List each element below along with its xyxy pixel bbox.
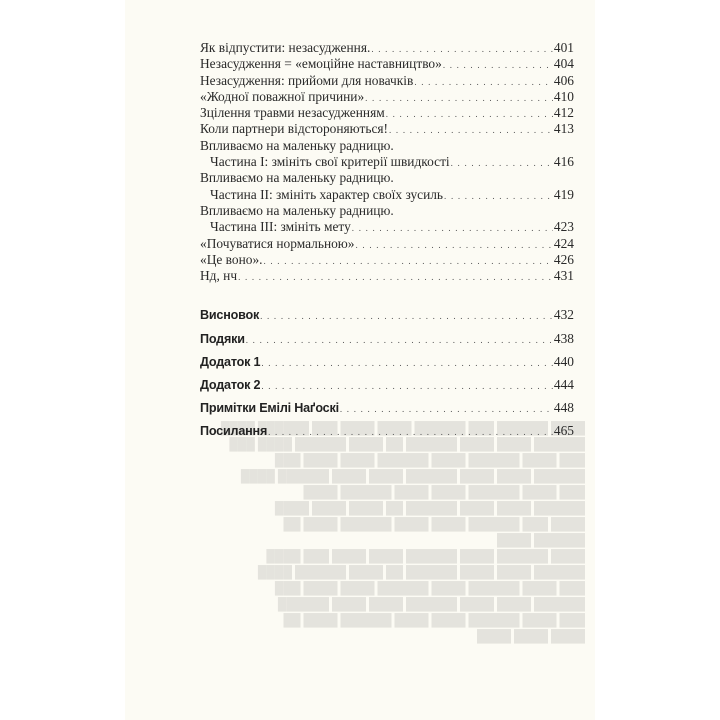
toc-page-number: 444 [554,373,574,396]
toc-entry: Впливаємо на маленьку радницю. [200,170,574,186]
toc-page-number: 424 [554,236,574,252]
dot-leader [389,122,553,138]
toc-entry: «Почуватися нормальною»424 [200,236,574,252]
toc-page-number: 426 [554,252,574,268]
toc-entry-title: Додаток 1 [200,351,260,374]
dot-leader [371,41,553,57]
toc-entry-title: Подяки [200,328,245,351]
toc-page-number: 416 [554,154,574,170]
toc-page-number: 432 [554,303,574,326]
dot-leader [352,220,553,236]
toc-entry: Частина ІІІ: змініть мету423 [200,219,574,235]
toc-major-entry: Додаток 2444 [200,373,574,396]
toc-entry-title: Частина І: змініть свої критерії швидкос… [200,154,450,170]
dot-leader [444,188,553,204]
toc-entry-title: Частина ІІІ: змініть мету [200,219,351,235]
table-of-contents: Як відпустити: незасудження.401Незасудже… [200,40,574,443]
toc-page-number: 412 [554,105,574,121]
toc-entry-title: Як відпустити: незасудження. [200,40,370,56]
toc-page-number: 413 [554,121,574,137]
toc-entry-title: Висновок [200,304,259,327]
toc-entry: Зцілення травми незасудженням412 [200,105,574,121]
toc-subsection-list: Як відпустити: незасудження.401Незасудже… [200,40,574,284]
toc-entry-title: Додаток 2 [200,374,260,397]
toc-entry-title: Частина ІІ: змініть характер своїх зусил… [200,187,443,203]
dot-leader [386,106,553,122]
dot-leader [356,237,553,253]
dot-leader [261,375,553,398]
toc-entry-title: «Це воно». [200,252,263,268]
toc-entry-title: Посилання [200,420,267,443]
toc-page-number: 404 [554,56,574,72]
toc-entry: Як відпустити: незасудження.401 [200,40,574,56]
dot-leader [340,398,553,421]
dot-leader [414,74,553,90]
toc-page-number: 448 [554,396,574,419]
toc-major-entry: Посилання465 [200,419,574,442]
toc-entry-title: Впливаємо на маленьку радницю. [200,203,394,218]
toc-entry-title: Зцілення травми незасудженням [200,105,385,121]
toc-major-entry: Подяки438 [200,327,574,350]
dot-leader [246,329,553,352]
toc-page-number: 423 [554,219,574,235]
toc-entry-title: Впливаємо на маленьку радницю. [200,138,394,153]
dot-leader [261,352,553,375]
toc-entry-title: «Жодної поважної причини» [200,89,364,105]
toc-entry: Незасудження: прийоми для новачків406 [200,73,574,89]
toc-major-entry: Примітки Емілі Наґоскі448 [200,396,574,419]
dot-leader [260,305,553,328]
toc-entry: Коли партнери відстороняються!413 [200,121,574,137]
dot-leader [451,155,553,171]
toc-entry-title: «Почуватися нормальною» [200,236,355,252]
toc-entry-title: Нд, нч [200,268,237,284]
toc-entry: Частина І: змініть свої критерії швидкос… [200,154,574,170]
toc-entry: Незасудження = «емоційне наставництво»40… [200,56,574,72]
toc-entry: Впливаємо на маленьку радницю. [200,203,574,219]
toc-entry-title: Примітки Емілі Наґоскі [200,397,339,420]
toc-page-number: 419 [554,187,574,203]
dot-leader [238,269,553,285]
toc-entry-title: Незасудження = «емоційне наставництво» [200,56,442,72]
toc-entry: Частина ІІ: змініть характер своїх зусил… [200,187,574,203]
toc-entry-title: Впливаємо на маленьку радницю. [200,170,394,185]
toc-entry-title: Незасудження: прийоми для новачків [200,73,413,89]
toc-page-number: 431 [554,268,574,284]
dot-leader [443,57,553,73]
toc-entry: Впливаємо на маленьку радницю. [200,138,574,154]
toc-page-number: 440 [554,350,574,373]
toc-page-number: 406 [554,73,574,89]
toc-major-entry: Додаток 1440 [200,350,574,373]
toc-major-section-list: Висновок432Подяки438Додаток 1440Додаток … [200,303,574,442]
toc-entry-title: Коли партнери відстороняються! [200,121,388,137]
toc-major-entry: Висновок432 [200,303,574,326]
toc-page-number: 401 [554,40,574,56]
dot-leader [268,421,553,444]
toc-page-number: 410 [554,89,574,105]
toc-entry: Нд, нч431 [200,268,574,284]
toc-page-number: 465 [554,419,574,442]
toc-entry: «Це воно».426 [200,252,574,268]
toc-entry: «Жодної поважної причини»410 [200,89,574,105]
toc-page-number: 438 [554,327,574,350]
dot-leader [264,253,553,269]
dot-leader [365,90,553,106]
